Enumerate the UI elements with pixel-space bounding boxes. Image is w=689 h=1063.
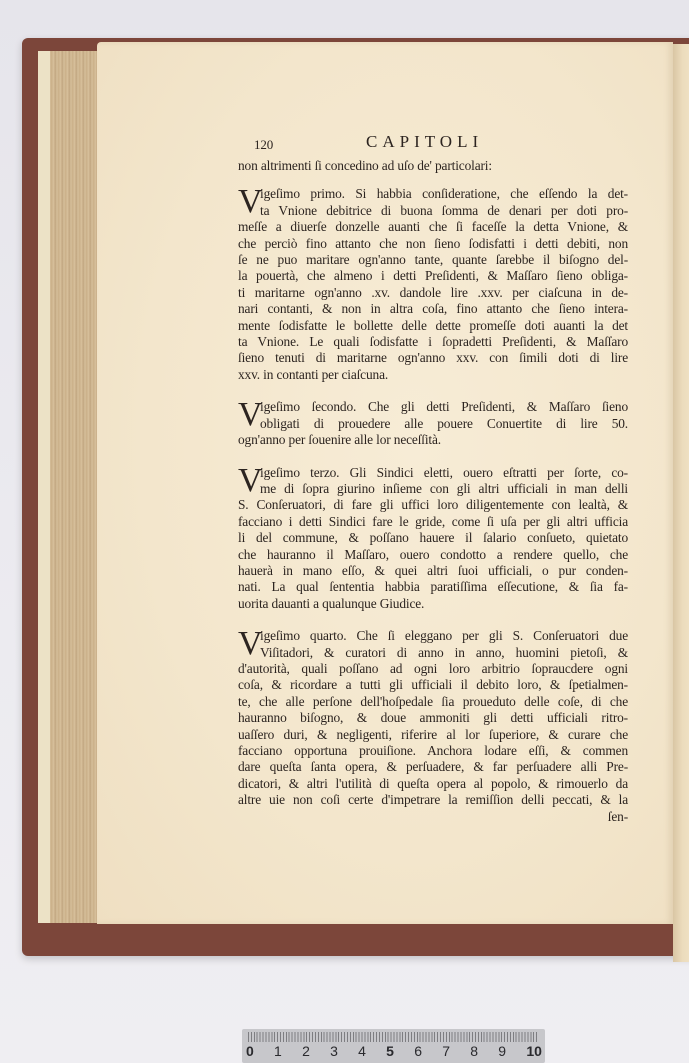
ruler-label: 10 xyxy=(526,1043,542,1059)
text-line: li del commune, & poſſano hauere il ſala… xyxy=(238,530,628,546)
text-line: uaſſero duri, & negligenti, riferire al … xyxy=(238,727,628,743)
text-line: meſſe a diuerſe donzelle auanti che ſi f… xyxy=(238,219,628,235)
text-line: ta Vnione debitrice di buona ſomma de de… xyxy=(238,203,628,219)
drop-cap: V xyxy=(238,187,262,217)
text-line: che hauranno il Maſſaro, ouero condotto … xyxy=(238,547,628,563)
drop-cap: V xyxy=(238,466,262,496)
text-line: nari contanti, & non in altra coſa, fino… xyxy=(238,301,628,317)
page-text: 120 CAPITOLI non altrimenti ſi concedino… xyxy=(238,136,628,825)
text-line: ta Vnione. Le quali ſodisfatte i ſoprade… xyxy=(238,334,628,350)
text-line: dicatori, & altri l'utilità di queſta op… xyxy=(238,776,628,792)
catchword: ſen- xyxy=(238,809,628,825)
text-line: coſa, & ricordare a tutti gli ufficiali … xyxy=(238,677,628,693)
text-line: uorita dauanti a qualunque Giudice. xyxy=(238,596,628,612)
ruler-label: 8 xyxy=(470,1043,478,1059)
page-number: 120 xyxy=(254,137,273,153)
text-line: facciano opportuna prouiſione. Anchora l… xyxy=(238,743,628,759)
paragraph-vigesimo-primo: V igeſimo primo. Si habbia conſideration… xyxy=(238,186,628,383)
text-line: te, che alle perſone dell'hoſpedale ſia … xyxy=(238,694,628,710)
text-line: me di ſopra giurino inſieme con gli altr… xyxy=(238,481,628,497)
text-line: mente ſodisfatte le bollette delle dette… xyxy=(238,318,628,334)
ruler-label: 1 xyxy=(274,1043,282,1059)
ruler-label: 6 xyxy=(414,1043,422,1059)
text-line: d'autorità, quali poſſano ad ogni loro a… xyxy=(238,661,628,677)
text-line: igeſimo terzo. Gli Sindici eletti, ouero… xyxy=(238,465,628,481)
text-line: xxv. in contanti per ciaſcuna. xyxy=(238,367,628,383)
opening-line: non altrimenti ſi concedino ad uſo de' p… xyxy=(238,158,628,174)
paragraph-vigesimo-terzo: V igeſimo terzo. Gli Sindici eletti, oue… xyxy=(238,465,628,613)
measurement-ruler: 0 1 2 3 4 5 6 7 8 9 10 xyxy=(242,1029,545,1063)
page-edges-highlight xyxy=(38,51,50,923)
text-line: igeſimo ſecondo. Che gli detti Preſident… xyxy=(238,399,628,415)
text-line: hauranno biſogno, & doue ammoniti gli de… xyxy=(238,710,628,726)
text-line: ſieno tenuti di maritarne ogn'anno xxv. … xyxy=(238,350,628,366)
ruler-label: 9 xyxy=(498,1043,506,1059)
text-line: la pouertà, che almeno i detti Preſident… xyxy=(238,268,628,284)
text-line: igeſimo primo. Si habbia conſideratione,… xyxy=(238,186,628,202)
ruler-label: 4 xyxy=(358,1043,366,1059)
ruler-labels: 0 1 2 3 4 5 6 7 8 9 10 xyxy=(246,1043,542,1059)
drop-cap: V xyxy=(238,629,262,659)
ruler-label: 2 xyxy=(302,1043,310,1059)
ruler-label: 0 xyxy=(246,1043,254,1059)
text-line: Viſitadori, & curatori di anno in anno, … xyxy=(238,645,628,661)
ruler-label: 3 xyxy=(330,1043,338,1059)
ruler-label: 5 xyxy=(386,1043,394,1059)
text-line: igeſimo quarto. Che ſi eleggano per gli … xyxy=(238,628,628,644)
text-line: ogn'anno per ſouenire alle lor neceſſità… xyxy=(238,432,628,448)
text-line: nati. La qual ſententia habbia paratiſſi… xyxy=(238,579,628,595)
text-line: hauerà in mano eſſo, & quei altri ſuoi u… xyxy=(238,563,628,579)
page-header: 120 CAPITOLI xyxy=(238,136,628,158)
text-line: ſe ne puo maritare ogn'anno tante, quant… xyxy=(238,252,628,268)
text-line: dare queſta ſanta opera, & perſuadere, &… xyxy=(238,759,628,775)
text-line: obligati di prouedere alle pouere Conuer… xyxy=(238,416,628,432)
text-line: facciano i detti Sindici fare le gride, … xyxy=(238,514,628,530)
text-line: altre uie non coſi certe d'impetrare la … xyxy=(238,792,628,808)
ruler-ticks xyxy=(248,1032,539,1042)
text-line: S. Conſeruatori, di fare gli uffici loro… xyxy=(238,497,628,513)
drop-cap: V xyxy=(238,400,262,430)
text-line: ti maritarne ogn'anno .xv. dandole lire … xyxy=(238,285,628,301)
text-line: che perciò fino attanto che non ſieno ſo… xyxy=(238,236,628,252)
ruler-label: 7 xyxy=(442,1043,450,1059)
facing-page-edge xyxy=(673,44,689,962)
paragraph-vigesimo-secondo: V igeſimo ſecondo. Che gli detti Preſide… xyxy=(238,399,628,448)
running-head: CAPITOLI xyxy=(366,134,483,150)
paragraph-vigesimo-quarto: V igeſimo quarto. Che ſi eleggano per gl… xyxy=(238,628,628,825)
